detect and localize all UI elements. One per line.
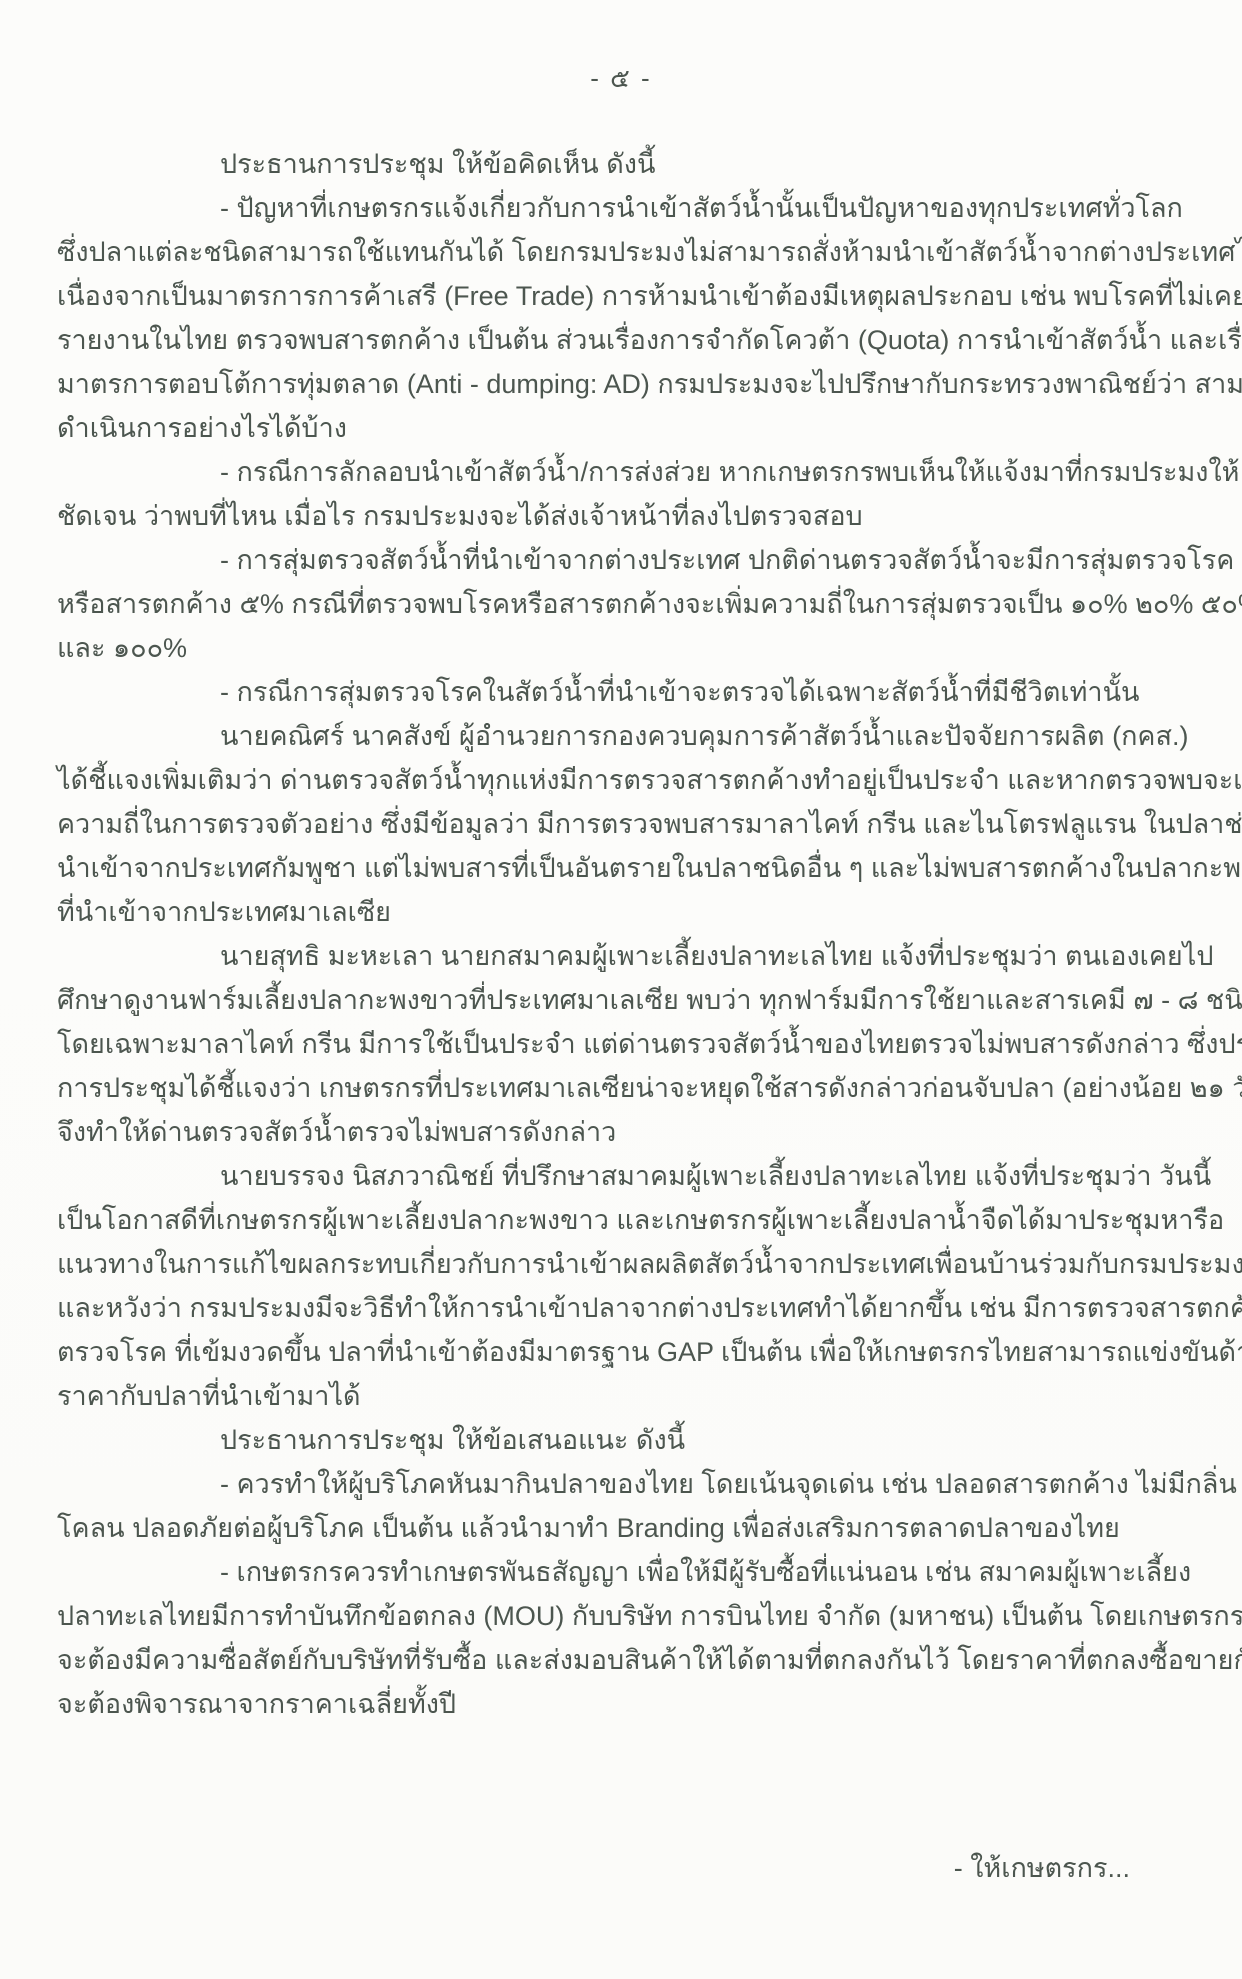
text-line: ประธานการประชุม ให้ข้อเสนอแนะ ดังนี้ (57, 1418, 1187, 1462)
text-line: นายคณิศร์ นาคสังข์ ผู้อำนวยการกองควบคุมก… (57, 714, 1187, 758)
text-line: ตรวจโรค ที่เข้มงวดขึ้น ปลาที่นำเข้าต้องม… (57, 1330, 1187, 1374)
text-line: ที่นำเข้าจากประเทศมาเลเซีย (57, 890, 1187, 934)
text-line: จะต้องมีความซื่อสัตย์กับบริษัทที่รับซื้อ… (57, 1638, 1187, 1682)
text-line: นำเข้าจากประเทศกัมพูชา แต่ไม่พบสารที่เป็… (57, 846, 1187, 890)
text-line: ความถี่ในการตรวจตัวอย่าง ซึ่งมีข้อมูลว่า… (57, 802, 1187, 846)
document-body: ประธานการประชุม ให้ข้อคิดเห็น ดังนี้- ปั… (57, 142, 1187, 1726)
text-line: นายบรรจง นิสภวาณิชย์ ที่ปรึกษาสมาคมผู้เพ… (57, 1154, 1187, 1198)
text-line: ได้ชี้แจงเพิ่มเติมว่า ด่านตรวจสัตว์น้ำทุ… (57, 758, 1187, 802)
text-line: ประธานการประชุม ให้ข้อคิดเห็น ดังนี้ (57, 142, 1187, 186)
text-line: - การสุ่มตรวจสัตว์น้ำที่นำเข้าจากต่างประ… (57, 538, 1187, 582)
text-line: เป็นโอกาสดีที่เกษตรกรผู้เพาะเลี้ยงปลากะพ… (57, 1198, 1187, 1242)
text-line: รายงานในไทย ตรวจพบสารตกค้าง เป็นต้น ส่วน… (57, 318, 1187, 362)
text-line: แนวทางในการแก้ไขผลกระทบเกี่ยวกับการนำเข้… (57, 1242, 1187, 1286)
text-line: - กรณีการลักลอบนำเข้าสัตว์น้ำ/การส่งส่วย… (57, 450, 1187, 494)
text-line: การประชุมได้ชี้แจงว่า เกษตรกรที่ประเทศมา… (57, 1066, 1187, 1110)
page-number: - ๕ - (0, 58, 1242, 99)
text-line: - กรณีการสุ่มตรวจโรคในสัตว์น้ำที่นำเข้าจ… (57, 670, 1187, 714)
text-line: ปลาทะเลไทยมีการทำบันทึกข้อตกลง (MOU) กับ… (57, 1594, 1187, 1638)
text-line: มาตรการตอบโต้การทุ่มตลาด (Anti - dumping… (57, 362, 1187, 406)
text-line: - ควรทำให้ผู้บริโภคหันมากินปลาของไทย โดย… (57, 1462, 1187, 1506)
text-line: ดำเนินการอย่างไรได้บ้าง (57, 406, 1187, 450)
text-line: เนื่องจากเป็นมาตรการการค้าเสรี (Free Tra… (57, 274, 1187, 318)
text-line: ซึ่งปลาแต่ละชนิดสามารถใช้แทนกันได้ โดยกร… (57, 230, 1187, 274)
text-line: จะต้องพิจารณาจากราคาเฉลี่ยทั้งปี (57, 1682, 1187, 1726)
text-line: นายสุทธิ มะหะเลา นายกสมาคมผู้เพาะเลี้ยงป… (57, 934, 1187, 978)
text-line: จึงทำให้ด่านตรวจสัตว์น้ำตรวจไม่พบสารดังก… (57, 1110, 1187, 1154)
text-line: ราคากับปลาที่นำเข้ามาได้ (57, 1374, 1187, 1418)
text-line: - เกษตรกรควรทำเกษตรพันธสัญญา เพื่อให้มีผ… (57, 1550, 1187, 1594)
text-line: โคลน ปลอดภัยต่อผู้บริโภค เป็นต้น แล้วนำม… (57, 1506, 1187, 1550)
text-line: หรือสารตกค้าง ๕% กรณีที่ตรวจพบโรคหรือสาร… (57, 582, 1187, 626)
text-line: ชัดเจน ว่าพบที่ไหน เมื่อไร กรมประมงจะได้… (57, 494, 1187, 538)
continuation-note: - ให้เกษตรกร... (954, 1846, 1130, 1889)
text-line: โดยเฉพาะมาลาไคท์ กรีน มีการใช้เป็นประจำ … (57, 1022, 1187, 1066)
text-line: และหวังว่า กรมประมงมีจะวิธีทำให้การนำเข้… (57, 1286, 1187, 1330)
text-line: - ปัญหาที่เกษตรกรแจ้งเกี่ยวกับการนำเข้าส… (57, 186, 1187, 230)
text-line: และ ๑๐๐% (57, 626, 1187, 670)
text-line: ศึกษาดูงานฟาร์มเลี้ยงปลากะพงขาวที่ประเทศ… (57, 978, 1187, 1022)
